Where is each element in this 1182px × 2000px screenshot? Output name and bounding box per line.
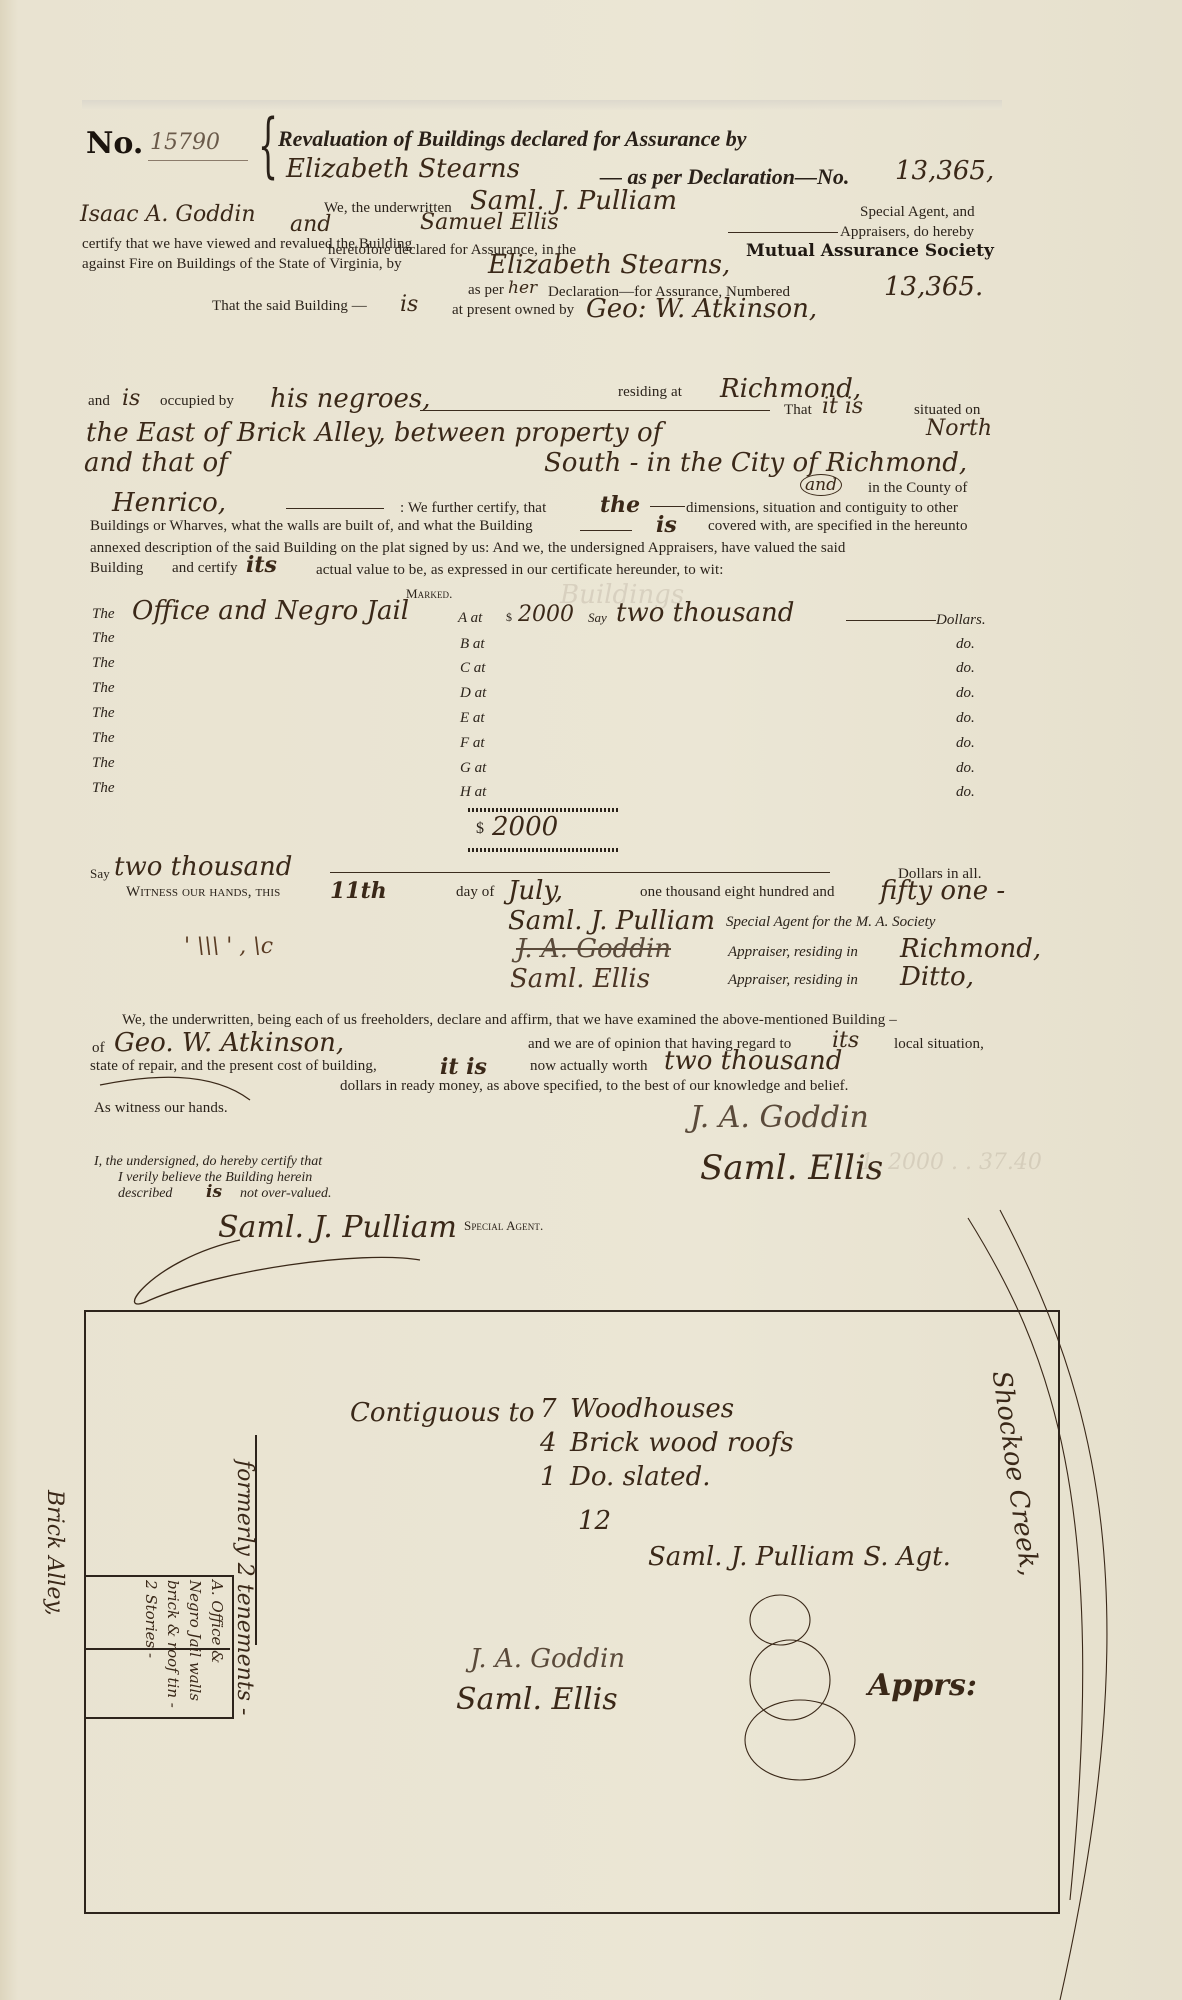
plat-signature-agent: Saml. J. Pulliam S. Agt. bbox=[648, 1542, 951, 1572]
plat-signature-appraiser-2: Saml. Ellis bbox=[456, 1682, 618, 1717]
plat-item-desc: Brick wood roofs bbox=[570, 1428, 794, 1458]
building-a-label: A. Office & Negro Jail walls brick & roo… bbox=[94, 1580, 228, 1710]
plat-signature-appraiser-1: J. A. Goddin bbox=[470, 1644, 625, 1674]
plat-total: 12 bbox=[578, 1506, 611, 1536]
appraisers-label: Apprs: bbox=[868, 1668, 977, 1703]
plat-item-count: 1 bbox=[540, 1462, 557, 1492]
plat-item-desc: Do. slated. bbox=[570, 1462, 710, 1492]
plat-item-desc: Woodhouses bbox=[570, 1394, 734, 1424]
plat-item-count: 7 bbox=[540, 1394, 557, 1424]
plat-item-count: 4 bbox=[540, 1428, 557, 1458]
left-street-label: Brick Alley, bbox=[42, 1490, 67, 1616]
insurance-revaluation-document: Buildings 1. 2000 . . 37.40 No. 15790 { … bbox=[0, 0, 1182, 2000]
inner-note: formerly 2 tenements - bbox=[232, 1460, 257, 1715]
contiguous-label: Contiguous to bbox=[350, 1398, 535, 1428]
